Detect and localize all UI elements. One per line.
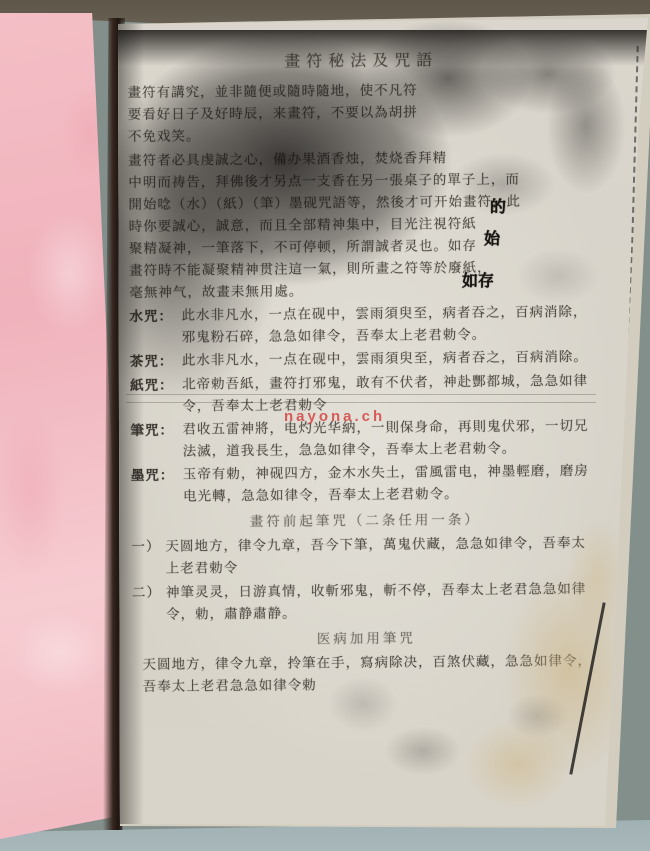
numbered-spell-2: 二） 神筆灵灵，日游真情，收斬邪鬼，斬不停，吾奉太上老君急急如律令，勅，肅静肅静… xyxy=(132,578,600,626)
section-text: 玉帝有勅，神砚四方，金木水失土，雷風雷电，神墨輕磨，磨房电光轉，急急如律令，吾奉… xyxy=(183,461,599,508)
spell-section-water: 水咒： 此水非凡水，一点在砚中，雲雨須臾至，病者吞之，百病消除，邪鬼粉石碎，急急… xyxy=(129,302,597,349)
overwritten-chars-rucun: 如存 xyxy=(462,268,494,291)
section-text: 此水非凡水，一点在砚中，雲雨須臾至，病者吞之，百病消除。 xyxy=(182,347,598,373)
page-title: 畫符秘法及咒語 xyxy=(127,48,595,74)
section-label: 水咒： xyxy=(129,306,181,349)
closing-spell-text: 天圆地方，律令九章，拎筆在手，寫病除决，百煞伏藏，急急如律令，吾奉太上老君急急如… xyxy=(142,650,600,698)
item-number: 二） xyxy=(132,582,166,626)
overwritten-char-de: 的 xyxy=(490,194,506,217)
section-text: 君收五雷神將，电灼光华納，一則保身命，再則鬼伏邪，一切兄法滅，道我長生，急急如律… xyxy=(182,416,598,463)
photo-of-manuscript-book: 畫符秘法及咒語 畫符有講究，並非隨便或隨時隨地，使不凡符 要看好日子及好時辰，来… xyxy=(0,0,650,851)
preparation-line: 毫無神气，故畫耒無用處。 xyxy=(129,278,597,304)
overwritten-char-shi: 始 xyxy=(484,226,500,249)
spell-section-tea: 茶咒： 此水非凡水，一点在砚中，雲雨須臾至，病者吞之，百病消除。 xyxy=(130,347,598,373)
section-label: 茶咒： xyxy=(130,351,182,373)
section-text: 北帝勅吾紙，畫符打邪鬼，敢有不伏者，神赴酆都城，急急如律令，吾奉太上老君勅令 xyxy=(182,371,598,418)
site-watermark: nayona.ch xyxy=(284,408,385,425)
heading-healing-brush-spell: 医病加用筆咒 xyxy=(132,626,600,652)
item-number: 一） xyxy=(131,536,165,580)
manuscript-page: 畫符秘法及咒語 畫符有講究，並非隨便或隨時隨地，使不凡符 要看好日子及好時辰，来… xyxy=(118,16,650,828)
intro-line: 不免戏笑。 xyxy=(128,122,596,148)
section-label: 筆咒： xyxy=(130,420,182,463)
spell-section-ink: 墨咒： 玉帝有勅，神砚四方，金木水失土，雷風雷电，神墨輕磨，磨房电光轉，急急如律… xyxy=(131,461,599,508)
numbered-spell-1: 一） 天圆地方，律令九章，吾今下筆，萬鬼伏藏，急急如律令，吾奉太上老君勅令 xyxy=(131,532,599,580)
item-text: 神筆灵灵，日游真情，收斬邪鬼，斬不停，吾奉太上老君急急如律令，勅，肅静肅静。 xyxy=(166,578,600,626)
section-text: 此水非凡水，一点在砚中，雲雨須臾至，病者吞之，百病消除，邪鬼粉石碎，急急如律令，… xyxy=(181,302,597,349)
item-text: 天圆地方，律令九章，吾今下筆，萬鬼伏藏，急急如律令，吾奉太上老君勅令 xyxy=(165,532,599,580)
heading-first-stroke-spell: 畫符前起筆咒（二条任用一条） xyxy=(131,508,599,534)
section-label: 紙咒： xyxy=(130,375,182,418)
section-label: 墨咒： xyxy=(131,465,183,508)
handwritten-text-column: 畫符秘法及咒語 畫符有講究，並非隨便或隨時隨地，使不凡符 要看好日子及好時辰，来… xyxy=(127,48,601,698)
